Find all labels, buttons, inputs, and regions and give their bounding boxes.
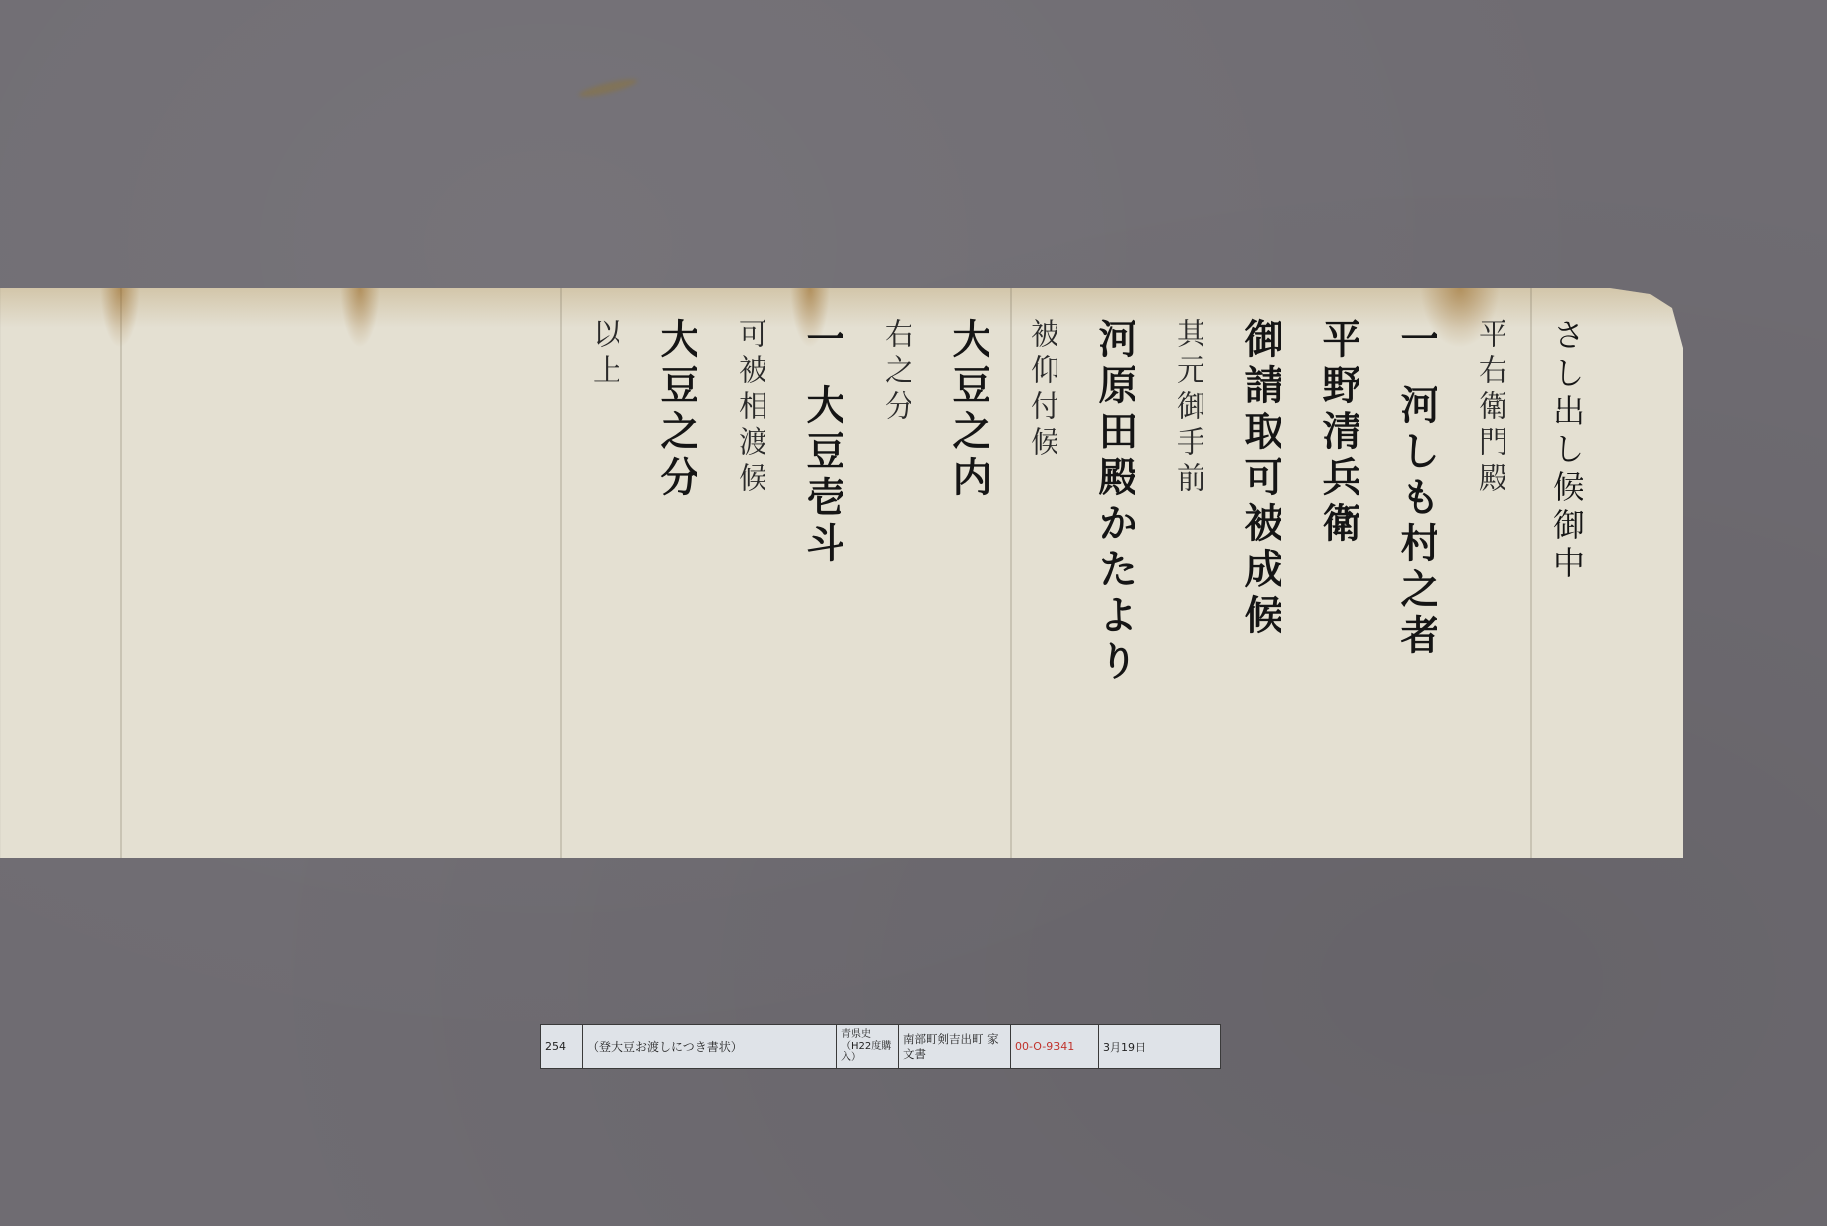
text-column: 一 河しも村之者	[1387, 318, 1437, 818]
text-column: 被仰付候	[1017, 318, 1057, 818]
text-column: 可被相渡候	[725, 318, 765, 818]
text-column: 大豆之分	[647, 318, 697, 818]
text-column: 一 大豆壱斗	[793, 318, 843, 818]
text-column: 其元御手前	[1163, 318, 1203, 818]
text-column: 大豆之内	[939, 318, 989, 818]
label-owner: 南部町剣吉出町 家文書	[899, 1025, 1011, 1068]
backdrop-speck	[578, 76, 639, 100]
label-date: 3月19日	[1099, 1025, 1220, 1068]
text-column: 右之分	[871, 318, 911, 818]
address-line: 平右衛門殿	[1465, 318, 1505, 818]
label-number: 254	[541, 1025, 583, 1068]
label-catalog-id: 00-O-9341	[1011, 1025, 1099, 1068]
text-column: 御請取可被成候	[1231, 318, 1281, 818]
text-column: 以上	[579, 318, 619, 818]
catalog-label: 254 （登大豆お渡しにつき書状） 青県史（H22度購入） 南部町剣吉出町 家文…	[540, 1024, 1221, 1069]
label-source: 青県史（H22度購入）	[837, 1025, 899, 1068]
text-column: 河原田殿かたより	[1085, 318, 1135, 818]
letter-scroll: さし出し候御中 平右衛門殿 一 河しも村之者 平野清兵衛 御請取可被成候 其元御…	[0, 288, 1683, 858]
address-line: さし出し候御中	[1533, 318, 1583, 818]
text-column: 平野清兵衛	[1309, 318, 1359, 818]
text-columns: さし出し候御中 平右衛門殿 一 河しも村之者 平野清兵衛 御請取可被成候 其元御…	[0, 288, 1683, 858]
label-title: （登大豆お渡しにつき書状）	[583, 1025, 837, 1068]
